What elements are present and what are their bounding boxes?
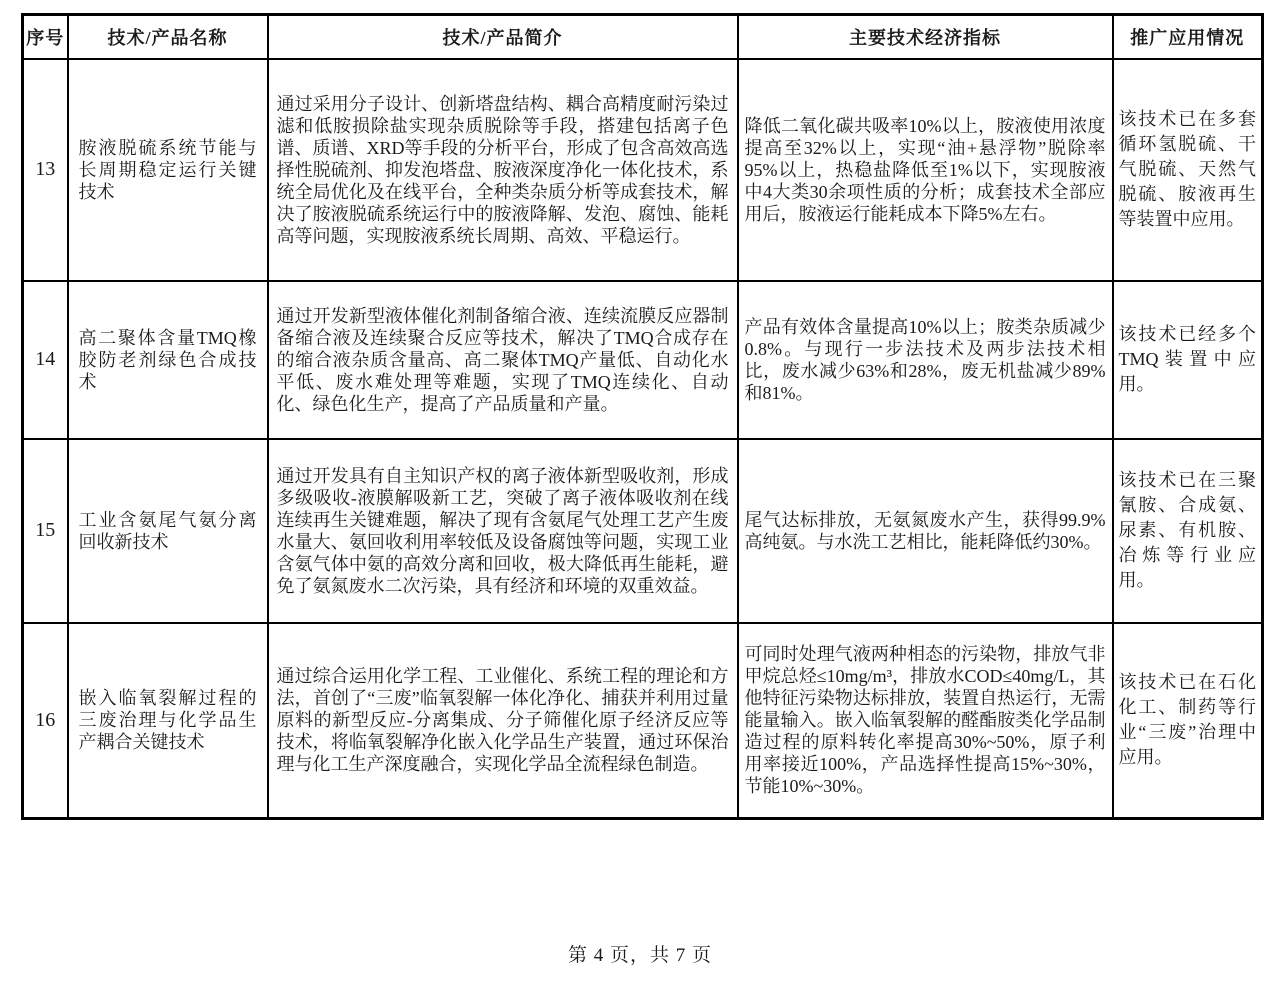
- cell-application: 该技术已在多套循环氢脱硫、干气脱硫、天然气脱硫、胺液再生等装置中应用。: [1113, 59, 1263, 281]
- table-row: 16 嵌入临氧裂解过程的三废治理与化学品生产耦合关键技术 通过综合运用化学工程、…: [23, 623, 1263, 819]
- header-tech-product-name: 技术/产品名称: [68, 15, 268, 59]
- cell-serial-number: 16: [23, 623, 68, 819]
- cell-tech-name: 高二聚体含量TMQ橡胶防老剂绿色合成技术: [68, 281, 268, 439]
- cell-serial-number: 14: [23, 281, 68, 439]
- cell-serial-number: 15: [23, 439, 68, 623]
- technology-table: 序号 技术/产品名称 技术/产品简介 主要技术经济指标 推广应用情况 13 胺液…: [21, 13, 1264, 820]
- table-row: 15 工业含氨尾气氨分离回收新技术 通过开发具有自主知识产权的离子液体新型吸收剂…: [23, 439, 1263, 623]
- cell-tech-intro: 通过开发具有自主知识产权的离子液体新型吸收剂，形成多级吸收-液膜解吸新工艺，突破…: [268, 439, 738, 623]
- header-tech-product-intro: 技术/产品简介: [268, 15, 738, 59]
- cell-indicators: 产品有效体含量提高10%以上；胺类杂质减少0.8%。与现行一步法技术及两步法技术…: [738, 281, 1113, 439]
- cell-tech-name: 胺液脱硫系统节能与长周期稳定运行关键技术: [68, 59, 268, 281]
- page-footer: 第 4 页，共 7 页: [0, 940, 1280, 967]
- cell-tech-name: 嵌入临氧裂解过程的三废治理与化学品生产耦合关键技术: [68, 623, 268, 819]
- document-page: 序号 技术/产品名称 技术/产品简介 主要技术经济指标 推广应用情况 13 胺液…: [0, 0, 1280, 990]
- cell-tech-intro: 通过综合运用化学工程、工业催化、系统工程的理论和方法，首创了“三废”临氧裂解一体…: [268, 623, 738, 819]
- cell-application: 该技术已经多个TMQ装置中应用。: [1113, 281, 1263, 439]
- table-row: 14 高二聚体含量TMQ橡胶防老剂绿色合成技术 通过开发新型液体催化剂制备缩合液…: [23, 281, 1263, 439]
- cell-application: 该技术已在石化化工、制药等行业“三废”治理中应用。: [1113, 623, 1263, 819]
- header-application-status: 推广应用情况: [1113, 15, 1263, 59]
- cell-tech-intro: 通过采用分子设计、创新塔盘结构、耦合高精度耐污染过滤和低胺损除盐实现杂质脱除等手…: [268, 59, 738, 281]
- table-header-row: 序号 技术/产品名称 技术/产品简介 主要技术经济指标 推广应用情况: [23, 15, 1263, 59]
- cell-tech-name: 工业含氨尾气氨分离回收新技术: [68, 439, 268, 623]
- cell-tech-intro: 通过开发新型液体催化剂制备缩合液、连续流膜反应器制备缩合液及连续聚合反应等技术，…: [268, 281, 738, 439]
- cell-indicators: 降低二氧化碳共吸率10%以上，胺液使用浓度提高至32%以上，实现“油+悬浮物”脱…: [738, 59, 1113, 281]
- cell-serial-number: 13: [23, 59, 68, 281]
- cell-indicators: 尾气达标排放，无氨氮废水产生，获得99.9%高纯氨。与水洗工艺相比，能耗降低约3…: [738, 439, 1113, 623]
- header-serial-number: 序号: [23, 15, 68, 59]
- cell-application: 该技术已在三聚氰胺、合成氨、尿素、有机胺、冶炼等行业应用。: [1113, 439, 1263, 623]
- cell-indicators: 可同时处理气液两种相态的污染物，排放气非甲烷总烃≤10mg/m³，排放水COD≤…: [738, 623, 1113, 819]
- header-main-indicators: 主要技术经济指标: [738, 15, 1113, 59]
- table-row: 13 胺液脱硫系统节能与长周期稳定运行关键技术 通过采用分子设计、创新塔盘结构、…: [23, 59, 1263, 281]
